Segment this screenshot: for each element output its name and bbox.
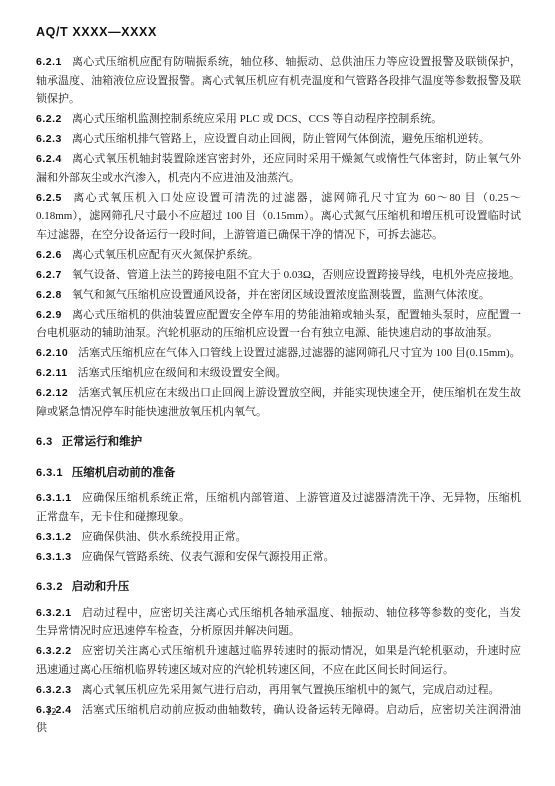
clause-text: 应密切关注离心式压缩机升速越过临界转速时的振动情况，如果是汽轮机驱动，升速时应迅… <box>36 645 521 676</box>
clause-number: 6.3.1.3 <box>36 551 72 563</box>
clause-text: 活塞式氧压机应在末级出口止回阀上游设置放空阀，并能实现快速全开，使压缩机在发生故… <box>36 387 521 418</box>
clause-number: 6.2.12 <box>36 387 68 399</box>
clause-text: 启动和升压 <box>72 581 130 593</box>
clause-number: 6.2.8 <box>36 289 62 301</box>
clause-text: 应确保供油、供水系统投用正常。 <box>82 531 247 543</box>
clause-paragraph: 6.2.2离心式压缩机监测控制系统应采用 PLC 或 DCS、CCS 等自动程序… <box>36 110 521 129</box>
clause-paragraph: 6.3.2.2应密切关注离心式压缩机升速越过临界转速时的振动情况，如果是汽轮机驱… <box>36 642 521 679</box>
clause-text: 正常运行和维护 <box>62 436 143 448</box>
clause-paragraph: 6.3.2.1启动过程中，应密切关注离心式压缩机各轴承温度、轴振动、轴位移等参数… <box>36 604 521 641</box>
clause-paragraph: 6.2.8氧气和氮气压缩机应设置通风设备，并在密闭区域设置浓度监测装置，监测气体… <box>36 286 521 305</box>
clause-paragraph: 6.3.2.3离心式氧压机应先采用氮气进行启动，再用氧气置换压缩机中的氮气，完成… <box>36 681 521 700</box>
clause-paragraph: 6.2.12活塞式氧压机应在末级出口止回阀上游设置放空阀，并能实现快速全开，使压… <box>36 384 521 421</box>
clause-text: 离心式氧压机应先采用氮气进行启动，再用氧气置换压缩机中的氮气，完成启动过程。 <box>82 684 500 696</box>
clause-text: 离心式氧压机应配有灭火氮保护系统。 <box>72 249 259 261</box>
standard-number-header: AQ/T XXXX—XXXX <box>36 25 521 39</box>
document-page: AQ/T XXXX—XXXX 6.2.1离心式压缩机应配有防喘振系统，轴位移、轴… <box>0 0 555 786</box>
clause-number: 6.3.2 <box>36 581 63 593</box>
clause-text: 离心式压缩机应配有防喘振系统，轴位移、轴振动、总供油压力等应设置报警及联锁保护，… <box>36 56 521 105</box>
clause-number: 6.2.6 <box>36 249 62 261</box>
clause-paragraph: 6.2.4离心式氧压机轴封装置除迷宫密封外，还应同时采用干燥氮气或惰性气体密封，… <box>36 150 521 187</box>
clause-number: 6.2.1 <box>36 56 62 68</box>
clause-text: 离心式氧压机轴封装置除迷宫密封外，还应同时采用干燥氮气或惰性气体密封，防止氧气外… <box>36 153 521 184</box>
clause-paragraph: 6.2.7氧气设备、管道上法兰的跨接电阻不宜大于 0.03Ω，否则应设置跨接导线… <box>36 266 521 285</box>
clause-text: 氧气和氮气压缩机应设置通风设备，并在密闭区域设置浓度监测装置，监测气体浓度。 <box>72 289 490 301</box>
clause-number: 6.3.2.2 <box>36 645 72 657</box>
clause-text: 活塞式压缩机应在气体入口管线上设置过滤器,过滤器的滤网筛孔尺寸宜为 100 目(… <box>78 347 520 359</box>
clause-text: 离心式氧压机入口处应设置可清洗的过滤器，滤网筛孔尺寸宜为 60～80 目（0.2… <box>36 192 521 241</box>
clause-paragraph: 6.2.6离心式氧压机应配有灭火氮保护系统。 <box>36 246 521 265</box>
clause-paragraph: 6.2.1离心式压缩机应配有防喘振系统，轴位移、轴振动、总供油压力等应设置报警及… <box>36 53 521 109</box>
clause-number: 6.2.5 <box>36 192 62 204</box>
clause-number: 6.2.11 <box>36 367 68 379</box>
clause-number: 6.3 <box>36 436 53 448</box>
clause-text: 离心式压缩机的供油装置应配置安全停车用的势能油箱或轴头泵，配置轴头泵时，应配置一… <box>36 309 521 340</box>
clause-number: 6.3.1.1 <box>36 492 72 504</box>
section-heading: 6.3.1压缩机启动前的准备 <box>36 464 521 483</box>
clause-paragraph: 6.3.1.3应确保气管路系统、仪表气源和安保气源投用正常。 <box>36 548 521 567</box>
section-heading: 6.3正常运行和维护 <box>36 433 521 452</box>
clause-text: 活塞式压缩机应在级间和末级设置安全阀。 <box>78 367 287 379</box>
clause-text: 应确保气管路系统、仪表气源和安保气源投用正常。 <box>82 551 335 563</box>
clause-number: 6.2.9 <box>36 309 62 321</box>
clause-number: 6.2.10 <box>36 347 68 359</box>
clause-number: 6.3.2.3 <box>36 684 72 696</box>
clause-text: 压缩机启动前的准备 <box>72 467 176 479</box>
clause-number: 6.2.4 <box>36 153 62 165</box>
clause-paragraph: 6.3.1.2应确保供油、供水系统投用正常。 <box>36 528 521 547</box>
clause-paragraph: 6.2.10活塞式压缩机应在气体入口管线上设置过滤器,过滤器的滤网筛孔尺寸宜为 … <box>36 344 521 363</box>
clause-number: 6.3.1.2 <box>36 531 72 543</box>
clause-text: 启动过程中，应密切关注离心式压缩机各轴承温度、轴振动、轴位移等参数的变化，当发生… <box>36 607 521 638</box>
clause-text: 活塞式压缩机启动前应扳动曲轴数转，确认设备运转无障碍。启动后，应密切关注润滑油供 <box>36 704 521 735</box>
clause-paragraph: 6.2.11活塞式压缩机应在级间和末级设置安全阀。 <box>36 364 521 383</box>
document-content: 6.2.1离心式压缩机应配有防喘振系统，轴位移、轴振动、总供油压力等应设置报警及… <box>36 53 521 738</box>
clause-paragraph: 6.3.2.4活塞式压缩机启动前应扳动曲轴数转，确认设备运转无障碍。启动后，应密… <box>36 701 521 738</box>
clause-text: 氧气设备、管道上法兰的跨接电阻不宜大于 0.03Ω，否则应设置跨接导线，电机外壳… <box>72 269 520 281</box>
clause-number: 6.2.2 <box>36 113 62 125</box>
clause-number: 6.3.1 <box>36 467 63 479</box>
clause-paragraph: 6.2.3离心式压缩机排气管路上，应设置自动止回阀，防止管网气体倒流，避免压缩机… <box>36 130 521 149</box>
section-heading: 6.3.2启动和升压 <box>36 578 521 597</box>
clause-text: 应确保压缩机系统正常，压缩机内部管道、上游管道及过滤器清洗干净、无异物，压缩机正… <box>36 492 521 523</box>
clause-text: 离心式压缩机监测控制系统应采用 PLC 或 DCS、CCS 等自动程序控制系统。 <box>72 113 442 125</box>
clause-paragraph: 6.3.1.1应确保压缩机系统正常，压缩机内部管道、上游管道及过滤器清洗干净、无… <box>36 489 521 526</box>
clause-paragraph: 6.2.9离心式压缩机的供油装置应配置安全停车用的势能油箱或轴头泵，配置轴头泵时… <box>36 306 521 343</box>
clause-number: 6.3.2.1 <box>36 607 72 619</box>
clause-paragraph: 6.2.5离心式氧压机入口处应设置可清洗的过滤器，滤网筛孔尺寸宜为 60～80 … <box>36 189 521 245</box>
clause-text: 离心式压缩机排气管路上，应设置自动止回阀，防止管网气体倒流，避免压缩机逆转。 <box>72 133 490 145</box>
page-number: 12 <box>46 707 57 718</box>
clause-number: 6.2.3 <box>36 133 62 145</box>
clause-number: 6.2.7 <box>36 269 62 281</box>
